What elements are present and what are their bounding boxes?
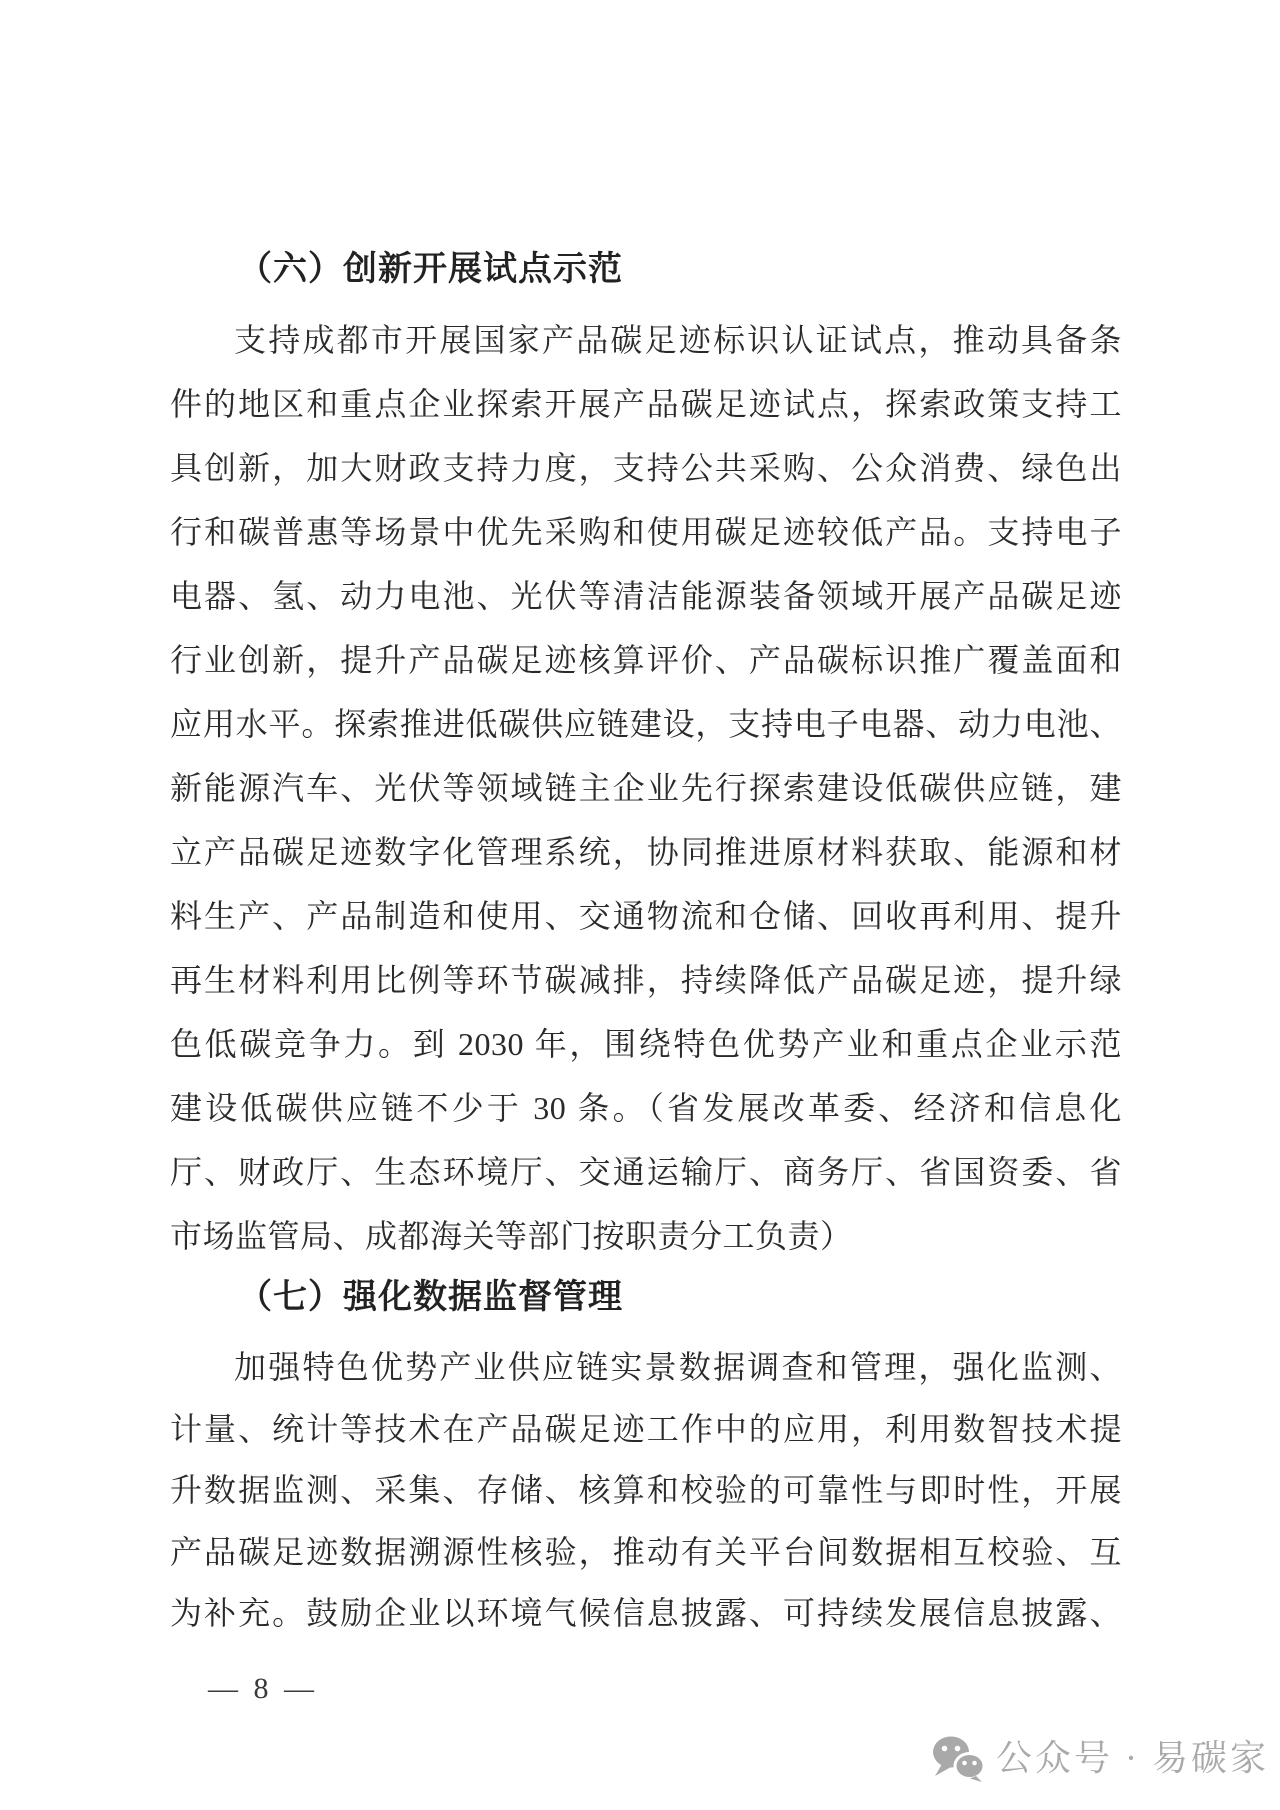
text-line: 加强特色优势产业供应链实景数据调查和管理，强化监测、: [170, 1337, 1122, 1399]
section-6-paragraph: 支持成都市开展国家产品碳足迹标识认证试点，推动具备条件的地区和重点企业探索开展产…: [170, 308, 1122, 1268]
text-line: 为补充。鼓励企业以环境气候信息披露、可持续发展信息披露、: [170, 1583, 1122, 1645]
text-line: 立产品碳足迹数字化管理系统，协同推进原材料获取、能源和材: [170, 820, 1122, 884]
text-line: 计量、统计等技术在产品碳足迹工作中的应用，利用数智技术提: [170, 1399, 1122, 1461]
watermark-label: 公众号 · 易碳家: [996, 1734, 1269, 1782]
text-line: 支持成都市开展国家产品碳足迹标识认证试点，推动具备条: [170, 308, 1122, 372]
text-line: 件的地区和重点企业探索开展产品碳足迹试点，探索政策支持工: [170, 372, 1122, 436]
text-line: 具创新，加大财政支持力度，支持公共采购、公众消费、绿色出: [170, 436, 1122, 500]
document-page: （六）创新开展试点示范 支持成都市开展国家产品碳足迹标识认证试点，推动具备条件的…: [0, 0, 1280, 1810]
text-line: 再生材料利用比例等环节碳减排，持续降低产品碳足迹，提升绿: [170, 948, 1122, 1012]
section-heading-7: （七）强化数据监督管理: [170, 1278, 1122, 1318]
text-line: 电器、氢、动力电池、光伏等清洁能源装备领域开展产品碳足迹: [170, 564, 1122, 628]
text-line: 市场监管局、成都海关等部门按职责分工负责）: [170, 1204, 1122, 1268]
text-line: 产品碳足迹数据溯源性核验，推动有关平台间数据相互校验、互: [170, 1522, 1122, 1584]
text-line: 新能源汽车、光伏等领域链主企业先行探索建设低碳供应链，建: [170, 756, 1122, 820]
text-line: 行和碳普惠等场景中优先采购和使用碳足迹较低产品。支持电子: [170, 500, 1122, 564]
page-number: — 8 —: [208, 1668, 318, 1710]
text-line: 行业创新，提升产品碳足迹核算评价、产品碳标识推广覆盖面和: [170, 628, 1122, 692]
wechat-icon: [930, 1734, 986, 1782]
text-line: 应用水平。探索推进低碳供应链建设，支持电子电器、动力电池、: [170, 692, 1122, 756]
text-line: 料生产、产品制造和使用、交通物流和仓储、回收再利用、提升: [170, 884, 1122, 948]
text-line: 升数据监测、采集、存储、核算和校验的可靠性与即时性，开展: [170, 1460, 1122, 1522]
text-line: 厅、财政厅、生态环境厅、交通运输厅、商务厅、省国资委、省: [170, 1140, 1122, 1204]
watermark: 公众号 · 易碳家: [930, 1734, 1269, 1782]
section-7-paragraph: 加强特色优势产业供应链实景数据调查和管理，强化监测、计量、统计等技术在产品碳足迹…: [170, 1337, 1122, 1645]
text-line: 色低碳竞争力。到 2030 年，围绕特色优势产业和重点企业示范: [170, 1012, 1122, 1076]
section-heading-6: （六）创新开展试点示范: [170, 250, 1122, 290]
text-line: 建设低碳供应链不少于 30 条。（省发展改革委、经济和信息化: [170, 1076, 1122, 1140]
